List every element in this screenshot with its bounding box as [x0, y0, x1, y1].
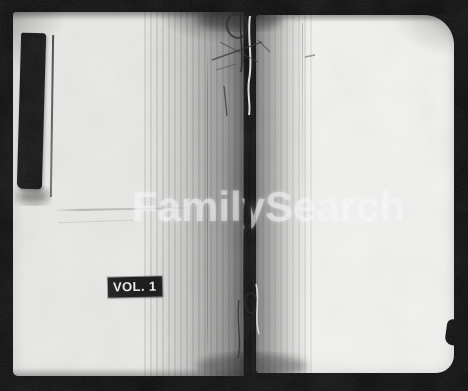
inner-page-edge-line	[207, 47, 208, 367]
right-page-corner-shading	[364, 15, 454, 85]
left-page-bottom-edge-shadow	[13, 368, 244, 376]
right-page	[256, 15, 454, 373]
microfilm-frame: VOL. 1 FamilySearch	[0, 0, 468, 391]
left-page-gutter-shading	[144, 12, 244, 376]
binding-gutter	[243, 12, 256, 378]
paper-crease	[58, 220, 133, 224]
volume-label: VOL. 1	[108, 276, 162, 297]
volume-label-text: VOL. 1	[113, 279, 157, 295]
right-page-gutter-shading	[256, 15, 314, 373]
right-page-edge-notch	[444, 318, 458, 345]
cover-edge-strip	[17, 33, 46, 190]
right-page-fold-line	[302, 23, 303, 223]
left-page: VOL. 1	[13, 12, 244, 376]
